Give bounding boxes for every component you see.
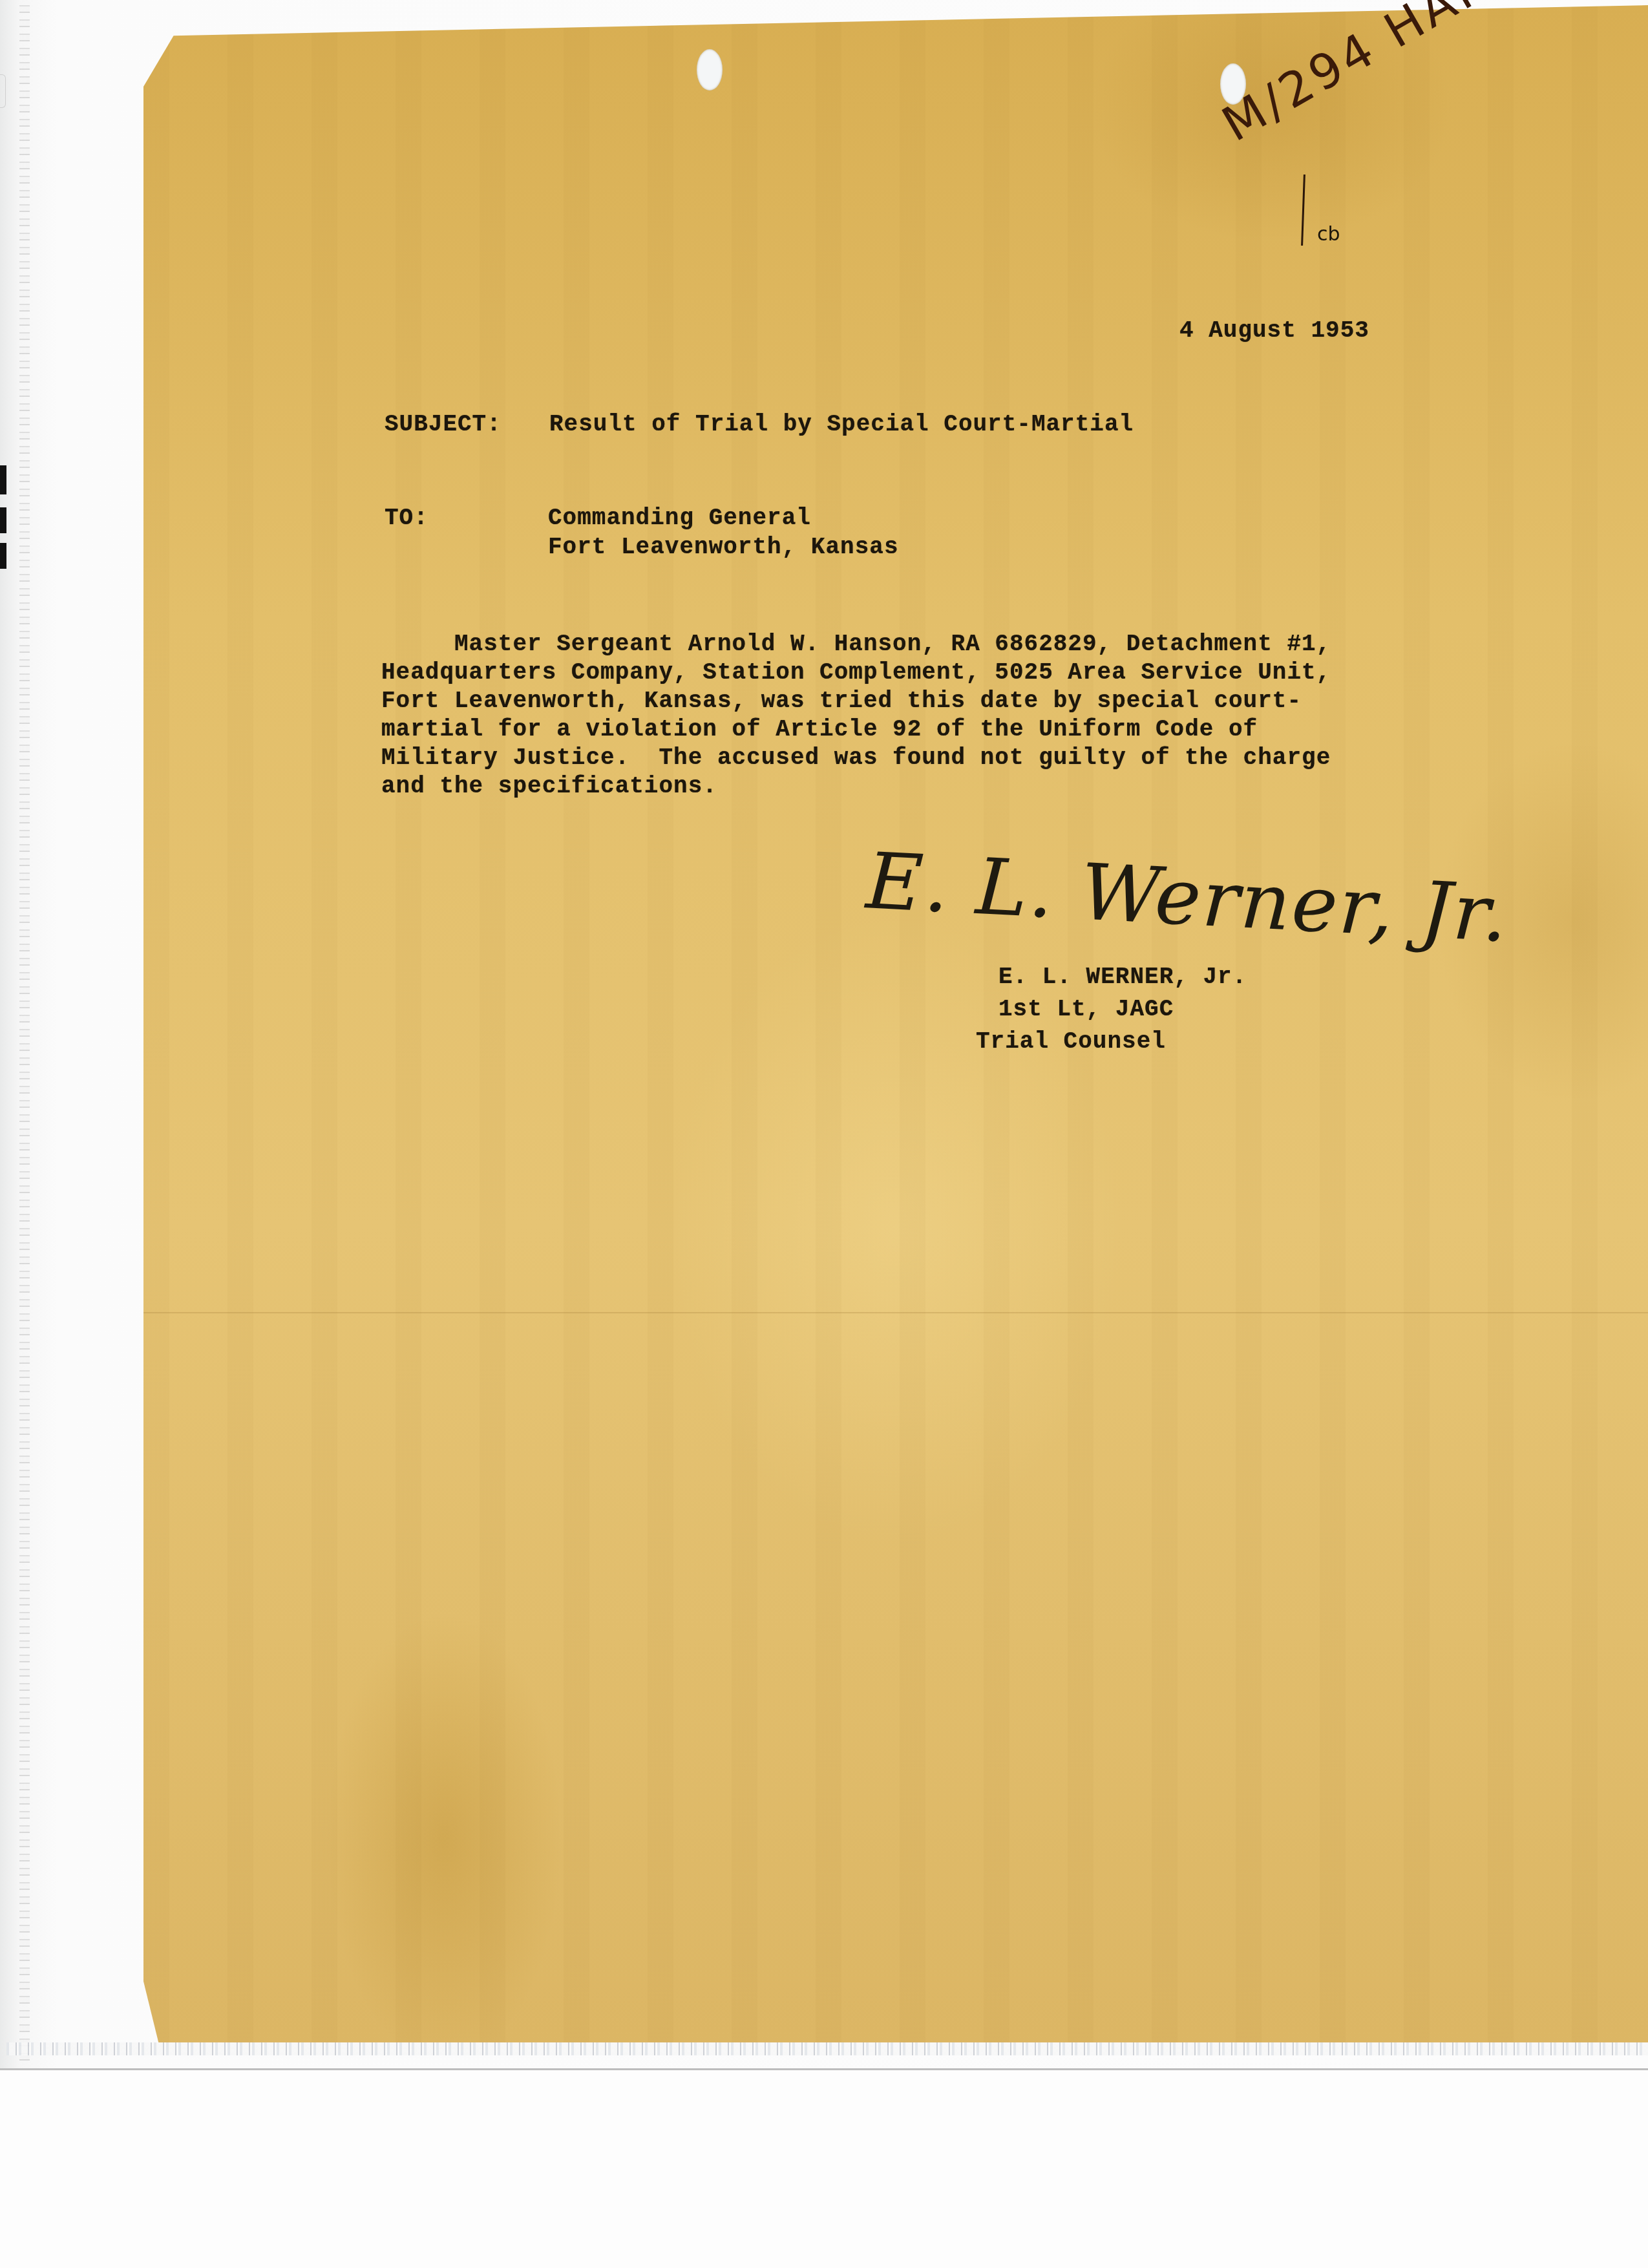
body-line: Fort Leavenworth, Kansas, was tried this… <box>381 687 1302 715</box>
signatory-name: E. L. WERNER, Jr. <box>998 963 1247 991</box>
subject-label: SUBJECT: <box>385 410 502 439</box>
subject-line: Result of Trial by Special Court-Martial <box>549 410 1134 439</box>
document-page <box>143 5 1648 2042</box>
addressee-line-1: Commanding General <box>548 504 811 533</box>
paper-fold-crease <box>143 1312 1648 1313</box>
letter-date: 4 August 1953 <box>1179 317 1369 345</box>
signatory-title: Trial Counsel <box>976 1028 1166 1056</box>
body-line: Military Justice. The accused was found … <box>381 744 1331 772</box>
signatory-rank: 1st Lt, JAGC <box>998 995 1174 1024</box>
body-line: and the specifications. <box>381 772 717 801</box>
spine-label-mark <box>0 543 6 569</box>
to-label: TO: <box>385 504 428 533</box>
initials-stamp: cb <box>1317 223 1340 246</box>
sleeve-perforation-left <box>19 0 30 2062</box>
sleeve-tab <box>0 74 6 108</box>
addressee-line-2: Fort Leavenworth, Kansas <box>548 533 898 562</box>
punch-hole-left <box>697 49 723 90</box>
body-line: Headquarters Company, Station Complement… <box>381 659 1331 687</box>
spine-label-mark <box>0 507 6 533</box>
spine-label-mark <box>0 465 6 494</box>
sleeve-perforation-bottom <box>6 2042 1648 2055</box>
body-line: Master Sergeant Arnold W. Hanson, RA 686… <box>381 630 1331 659</box>
body-line: martial for a violation of Article 92 of… <box>381 715 1258 744</box>
